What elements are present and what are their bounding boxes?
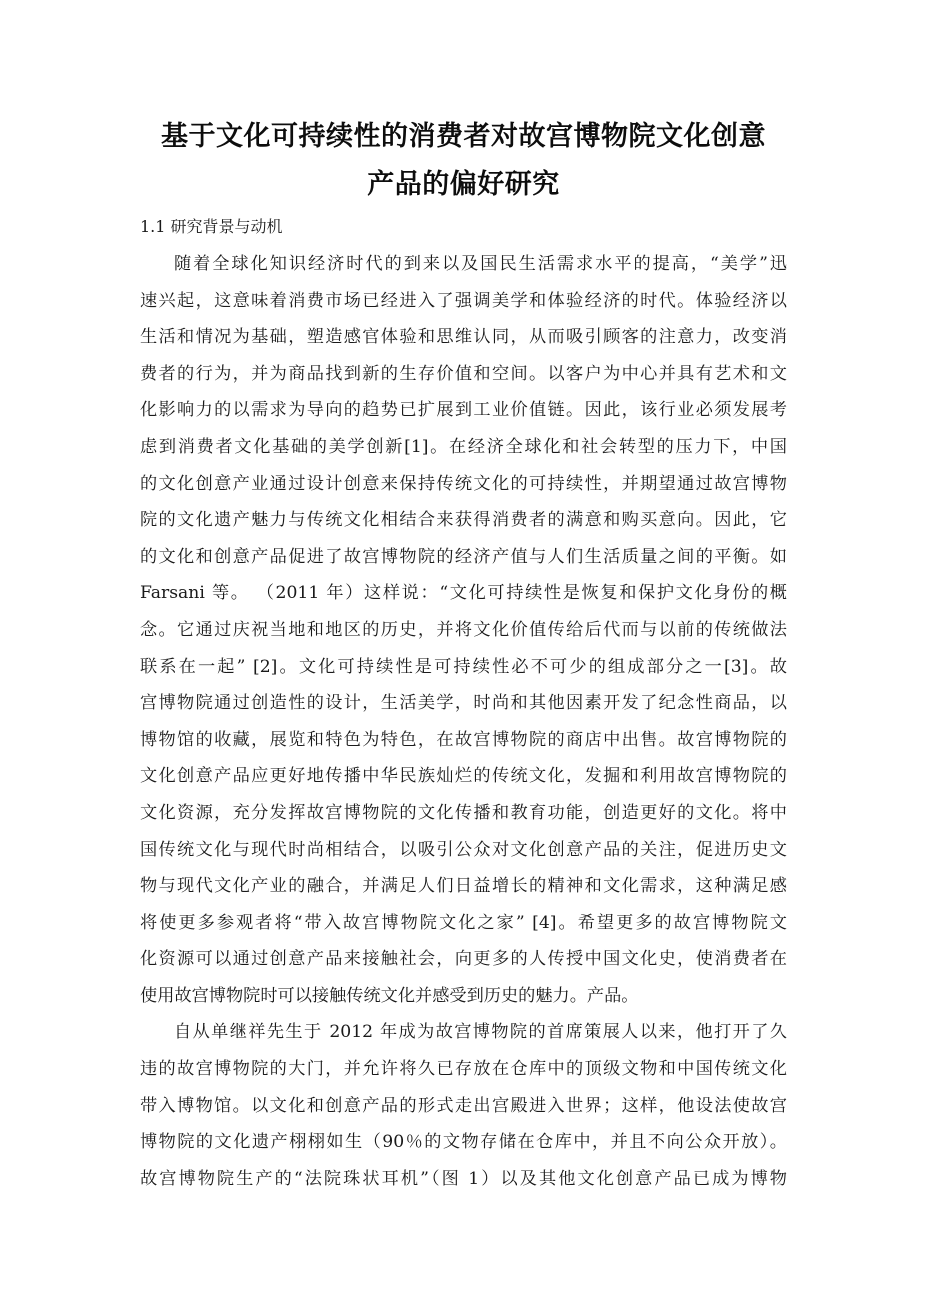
text-line: 的文化和创意产品促进了故宫博物院的经济产值与人们生活质量之间的平衡。如 xyxy=(140,539,787,576)
text-line: 违的故宫博物院的大门，并允许将久已存放在仓库中的顶级文物和中国传统文化 xyxy=(140,1051,787,1088)
document-title: 基于文化可持续性的消费者对故宫博物院文化创意 产品的偏好研究 xyxy=(140,113,787,209)
text-line: 院的文化遗产魅力与传统文化相结合来获得消费者的满意和购买意向。因此，它 xyxy=(140,502,787,539)
text-line: 国传统文化与现代时尚相结合，以吸引公众对文化创意产品的关注，促进历史文 xyxy=(140,832,787,869)
text-line: 自从单继祥先生于 2012 年成为故宫博物院的首席策展人以来，他打开了久 xyxy=(140,1014,787,1051)
text-line: 速兴起，这意味着消费市场已经进入了强调美学和体验经济的时代。体验经济以 xyxy=(140,283,787,320)
text-line: 随着全球化知识经济时代的到来以及国民生活需求水平的提高，“美学”迅 xyxy=(140,246,787,283)
text-line: 联系在一起” [2]。文化可持续性是可持续性必不可少的组成部分之一[3]。故 xyxy=(140,649,787,686)
text-line: 将使更多参观者将“带入故宫博物院文化之家” [4]。希望更多的故宫博物院文 xyxy=(140,905,787,942)
text-line: 化资源可以通过创意产品来接触社会，向更多的人传授中国文化史，使消费者在 xyxy=(140,941,787,978)
text-line: 化影响力的以需求为导向的趋势已扩展到工业价值链。因此，该行业必须发展考 xyxy=(140,392,787,429)
text-line: 故宫博物院生产的“法院珠状耳机”（图 1）以及其他文化创意产品已成为博物 xyxy=(140,1161,787,1198)
document-page: 基于文化可持续性的消费者对故宫博物院文化创意 产品的偏好研究 1.1 研究背景与… xyxy=(0,0,926,1309)
text-line: 物与现代文化产业的融合，并满足人们日益增长的精神和文化需求，这种满足感 xyxy=(140,868,787,905)
text-line: 费者的行为，并为商品找到新的生存价值和空间。以客户为中心并具有艺术和文 xyxy=(140,356,787,393)
text-line: 生活和情况为基础，塑造感官体验和思维认同，从而吸引顾客的注意力，改变消 xyxy=(140,319,787,356)
text-line: 虑到消费者文化基础的美学创新[1]。在经济全球化和社会转型的压力下，中国 xyxy=(140,429,787,466)
text-line: 念。它通过庆祝当地和地区的历史，并将文化价值传给后代而与以前的传统做法 xyxy=(140,612,787,649)
paragraph-1: 随着全球化知识经济时代的到来以及国民生活需求水平的提高，“美学”迅 速兴起，这意… xyxy=(140,246,787,1014)
text-line: 的文化创意产业通过设计创意来保持传统文化的可持续性，并期望通过故宫博物 xyxy=(140,466,787,503)
text-line: 博物馆的收藏，展览和特色为特色，在故宫博物院的商店中出售。故宫博物院的 xyxy=(140,722,787,759)
text-line: 文化资源，充分发挥故宫博物院的文化传播和教育功能，创造更好的文化。将中 xyxy=(140,795,787,832)
document-body: 随着全球化知识经济时代的到来以及国民生活需求水平的提高，“美学”迅 速兴起，这意… xyxy=(140,246,787,1197)
text-line: 文化创意产品应更好地传播中华民族灿烂的传统文化，发掘和利用故宫博物院的 xyxy=(140,758,787,795)
title-line-1: 基于文化可持续性的消费者对故宫博物院文化创意 xyxy=(140,113,787,161)
paragraph-2: 自从单继祥先生于 2012 年成为故宫博物院的首席策展人以来，他打开了久 违的故… xyxy=(140,1014,787,1197)
text-line: 博物院的文化遗产栩栩如生（90％的文物存储在仓库中，并且不向公众开放）。 xyxy=(140,1124,787,1161)
title-line-2: 产品的偏好研究 xyxy=(140,161,787,209)
text-line: 宫博物院通过创造性的设计，生活美学，时尚和其他因素开发了纪念性商品，以 xyxy=(140,685,787,722)
text-line: 使用故宫博物院时可以接触传统文化并感受到历史的魅力。产品。 xyxy=(140,978,787,1015)
section-heading: 1.1 研究背景与动机 xyxy=(140,214,283,240)
text-line: 带入博物馆。以文化和创意产品的形式走出宫殿进入世界；这样，他设法使故宫 xyxy=(140,1088,787,1125)
text-line: Farsani 等。 （2011 年）这样说：“文化可持续性是恢复和保护文化身份… xyxy=(140,575,787,612)
